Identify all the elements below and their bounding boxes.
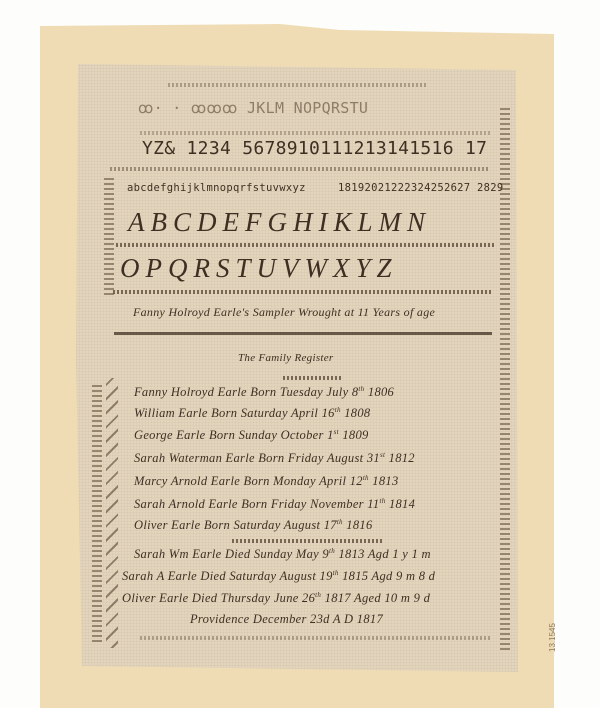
heading-underline xyxy=(283,376,341,380)
bottom-wave-border xyxy=(140,636,490,640)
left-border-stitching xyxy=(92,385,102,645)
divider-band-1 xyxy=(140,131,490,135)
left-zigzag-border xyxy=(106,378,118,648)
births-deaths-divider xyxy=(232,539,384,543)
capital-alphabet-row-1: ABCDEFGHIKLMN xyxy=(128,207,431,238)
divider-band-3 xyxy=(116,243,496,247)
numerals-row-2: 18192021222324252627 2829 xyxy=(338,182,504,194)
upper-left-border xyxy=(104,178,114,298)
divider-band-2 xyxy=(110,167,490,171)
birth-entry: George Earle Born Sunday October 1st 180… xyxy=(134,428,369,443)
sampler-title-line: Fanny Holroyd Earle's Sampler Wrought at… xyxy=(133,305,435,320)
faded-alphabet-row: ꝏ· · ꝏꝏꝏ JKLM NOPQRSTU xyxy=(138,99,368,117)
birth-entry: Fanny Holroyd Earle Born Tuesday July 8t… xyxy=(134,385,394,400)
birth-entry: Sarah Waterman Earle Born Friday August … xyxy=(134,451,415,466)
death-entry: Sarah Wm Earle Died Sunday May 9th 1813 … xyxy=(134,547,431,562)
birth-entry: Marcy Arnold Earle Born Monday April 12t… xyxy=(134,474,399,489)
numerals-row-1: YZ& 1234 5678910111213141516 17 xyxy=(142,138,487,159)
death-entry: Oliver Earle Died Thursday June 26th 181… xyxy=(122,591,430,606)
birth-entry: Sarah Arnold Earle Born Friday November … xyxy=(134,497,415,512)
title-underline xyxy=(114,332,492,335)
closing-line: Providence December 23d A D 1817 xyxy=(190,612,383,627)
death-entry: Sarah A Earle Died Saturday August 19th … xyxy=(122,569,435,584)
birth-entry: William Earle Born Saturday April 16th 1… xyxy=(134,406,370,421)
birth-entry: Oliver Earle Born Saturday August 17th 1… xyxy=(134,518,373,533)
catalog-number: 13.1545 xyxy=(548,623,557,652)
divider-band-4 xyxy=(113,290,493,294)
lowercase-alphabet: abcdefghijklmnopqrfstuvwxyz xyxy=(127,182,306,194)
register-heading: The Family Register xyxy=(238,352,334,364)
capital-alphabet-row-2: OPQRSTUVWXYZ xyxy=(120,253,398,284)
top-faded-band xyxy=(168,83,428,87)
